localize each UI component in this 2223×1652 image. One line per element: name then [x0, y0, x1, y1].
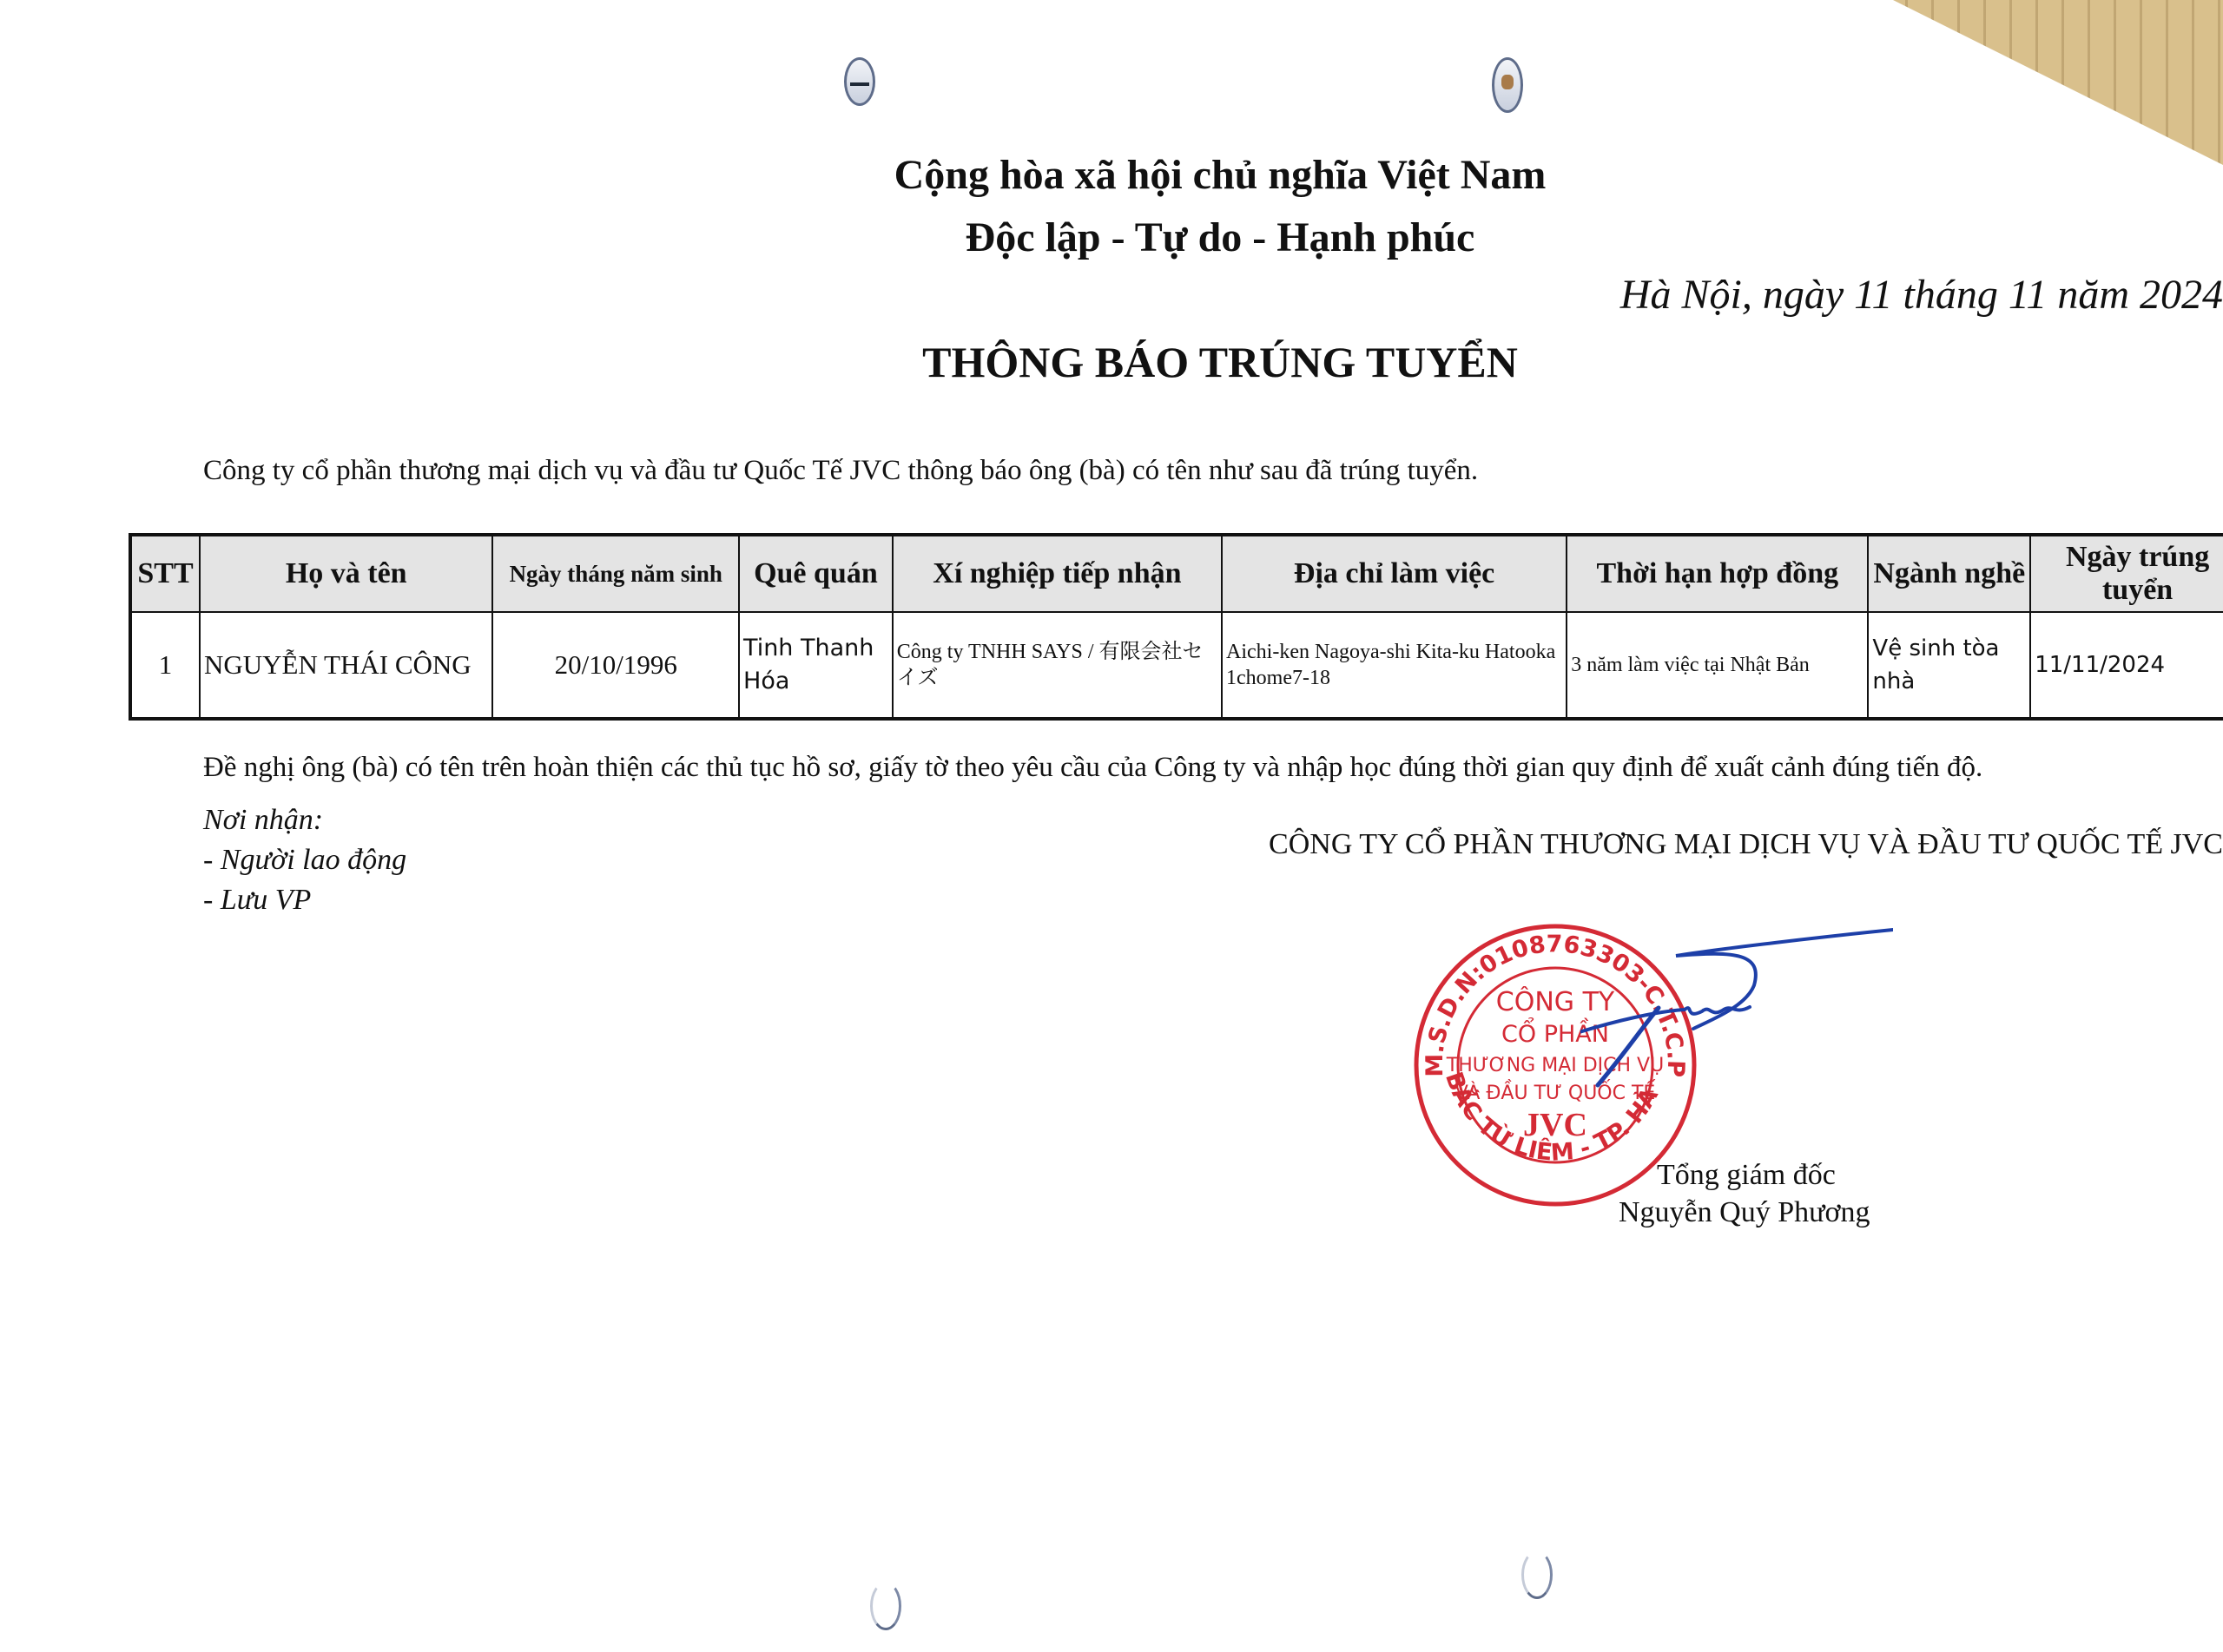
- recipients-label: Nơi nhận:: [203, 800, 406, 840]
- cell-full-name: NGUYỄN THÁI CÔNG: [200, 612, 492, 719]
- signer-name: Nguyễn Quý Phương: [1619, 1196, 1870, 1229]
- cell-work-address: Aichi-ken Nagoya-shi Kita-ku Hatooka 1ch…: [1222, 612, 1567, 719]
- signature-icon: [1580, 925, 1893, 1098]
- cell-occupation: Vệ sinh tòa nhà: [1868, 612, 2030, 719]
- signing-company: CÔNG TY CỔ PHẦN THƯƠNG MẠI DỊCH VỤ VÀ ĐẦ…: [1269, 828, 2223, 861]
- cell-contract-term: 3 năm làm việc tại Nhật Bản: [1567, 612, 1868, 719]
- cell-stt: 1: [130, 612, 200, 719]
- recipient-item: - Người lao động: [203, 840, 406, 880]
- header-employer: Xí nghiệp tiếp nhận: [893, 535, 1222, 612]
- punch-hole-icon: [1492, 57, 1523, 113]
- header-work-address: Địa chỉ làm việc: [1222, 535, 1567, 612]
- punch-hole-icon: [844, 57, 875, 106]
- cell-date-of-birth: 20/10/1996: [492, 612, 739, 719]
- punch-hole-icon: [1521, 1550, 1553, 1599]
- header-date-of-birth: Ngày tháng năm sinh: [492, 535, 739, 612]
- cell-employer: Công ty TNHH SAYS / 有限会社セイズ: [893, 612, 1222, 719]
- header-selection-date: Ngày trúng tuyển: [2030, 535, 2223, 612]
- place-date: Hà Nội, ngày 11 tháng 11 năm 2024: [1620, 271, 2223, 319]
- recipient-item: - Lưu VP: [203, 880, 406, 920]
- header-contract-term: Thời hạn hợp đồng: [1567, 535, 1868, 612]
- header-full-name: Họ và tên: [200, 535, 492, 612]
- national-title: Cộng hòa xã hội chủ nghĩa Việt Nam: [0, 151, 2223, 199]
- table-row: 1 NGUYỄN THÁI CÔNG 20/10/1996 Tinh Thanh…: [130, 612, 2223, 719]
- header-hometown: Quê quán: [739, 535, 893, 612]
- table-header-row: STT Họ và tên Ngày tháng năm sinh Quê qu…: [130, 535, 2223, 612]
- selection-table: STT Họ và tên Ngày tháng năm sinh Quê qu…: [129, 533, 2223, 721]
- svg-text:JVC: JVC: [1523, 1107, 1587, 1143]
- request-paragraph: Đề nghị ông (bà) có tên trên hoàn thiện …: [203, 752, 1982, 784]
- cell-selection-date: 11/11/2024: [2030, 612, 2223, 719]
- signer-role: Tổng giám đốc: [1657, 1159, 1836, 1192]
- recipients-block: Nơi nhận: - Người lao động - Lưu VP: [203, 800, 406, 920]
- cell-hometown: Tinh Thanh Hóa: [739, 612, 893, 719]
- intro-paragraph: Công ty cổ phần thương mại dịch vụ và đầ…: [203, 455, 1478, 487]
- punch-hole-icon: [870, 1582, 901, 1630]
- national-motto: Độc lập - Tự do - Hạnh phúc: [0, 214, 2223, 261]
- header-occupation: Ngành nghề: [1868, 535, 2030, 612]
- header-stt: STT: [130, 535, 200, 612]
- document-title: THÔNG BÁO TRÚNG TUYỂN: [0, 337, 2223, 387]
